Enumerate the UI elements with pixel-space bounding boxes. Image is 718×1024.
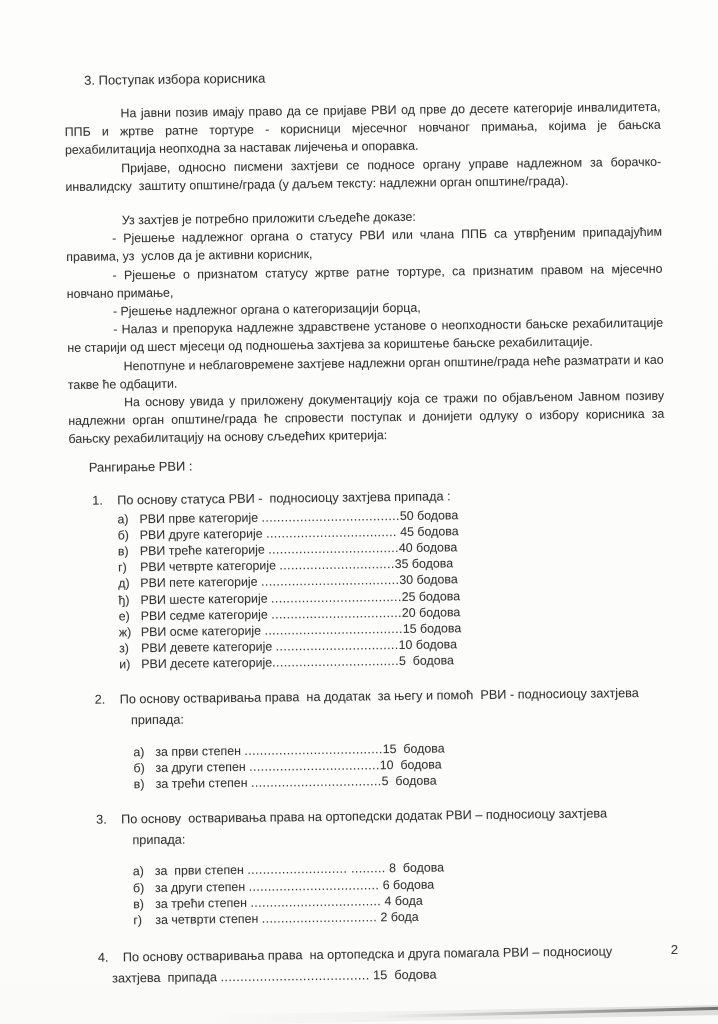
paragraph-eligibility: На јавни позив имају право да се пријаве… (64, 98, 661, 160)
points-value: 15 бодова (383, 741, 445, 756)
page-number: 2 (671, 942, 678, 957)
dot-leader: .............................. (279, 557, 394, 572)
item-text: РВИ треће категорије (140, 543, 269, 559)
dot-leader: .................................. (250, 894, 381, 910)
item-label: в) (134, 776, 156, 792)
item-label: е) (119, 608, 141, 624)
item-label: а) (133, 863, 155, 879)
section-heading: 3. Поступак избора корисника (84, 65, 660, 90)
item-text: РВИ десете категорије (141, 656, 272, 672)
item-text: за други степен (155, 879, 249, 894)
item-label: д) (118, 576, 140, 592)
ranking-label: Рангирање РВИ : (89, 451, 665, 476)
section-number: 4. (98, 947, 123, 968)
criteria-items: а)за први степен .......................… (133, 737, 669, 792)
item-text: за трећи степен (156, 776, 251, 791)
points-value: 40 бодова (399, 540, 458, 555)
dot-leader: .................................. (271, 590, 402, 606)
points-value: 35 бодова (395, 557, 454, 572)
points-value: 5 бодова (382, 774, 437, 789)
points-value: 10 бодова (380, 757, 442, 772)
points-value: 50 бодова (400, 508, 459, 523)
document-page: 3. Поступак избора корисника На јавни по… (0, 0, 718, 1024)
points-value: 15 бодова (370, 968, 437, 983)
criteria-section-3: 3.По основу остваривања права на ортопед… (96, 803, 670, 929)
item-text: захтјева припада (112, 970, 221, 985)
item-text: за трећи степен (155, 895, 250, 910)
dot-leader: .......................... ......... (247, 861, 386, 877)
dot-leader: .................................. (271, 606, 402, 622)
page-content: 3. Поступак избора корисника На јавни по… (64, 65, 671, 989)
criteria-section-1: 1.По основу статуса РВИ - подносиоцу зах… (92, 483, 667, 673)
criteria-items: а)РВИ прве категорије ..................… (117, 504, 667, 673)
paragraph-decision: На основу увида у приложену документациј… (68, 387, 665, 449)
section-title-text: По основу остваривања права на ортопедск… (121, 807, 607, 827)
item-text: за први степен (155, 863, 248, 878)
points-value: 2 бода (377, 910, 419, 925)
section-title-text: По основу остваривања права на ортопедск… (123, 944, 612, 964)
item-label: а) (133, 744, 155, 760)
section-title-text: По основу остваривања права на додатак з… (120, 686, 639, 706)
dot-leader: .................................. (249, 758, 380, 774)
points-value: 30 бодова (399, 573, 458, 588)
item-label: ђ) (118, 592, 140, 608)
criteria-section-2: 2.По основу остваривања права на додатак… (95, 682, 669, 793)
dot-leader: .................................... (244, 742, 383, 758)
dot-leader: .................................. (251, 774, 382, 790)
item-label: а) (117, 511, 139, 527)
item-label: б) (133, 879, 155, 895)
dot-leader: .................................. (268, 541, 399, 557)
dot-leader: .................................... (261, 573, 400, 589)
section-number: 3. (96, 810, 121, 831)
dot-leader: ................................. (272, 654, 399, 670)
item-text: за четврти степен (155, 912, 262, 927)
criteria-items: а)за први степен .......................… (133, 857, 671, 928)
item-label: ж) (119, 624, 141, 640)
points-value: 5 бодова (399, 654, 454, 669)
item-text: РВИ шесте категорије (140, 591, 271, 607)
points-value: 6 бодова (379, 877, 434, 892)
item-text: за први степен (155, 744, 244, 759)
points-value: 4 бода (381, 893, 423, 908)
item-label: г) (118, 559, 140, 575)
item-text: РВИ седме категорије (141, 607, 272, 623)
item-text: РВИ прве категорије (139, 510, 261, 525)
points-value: 15 бодова (403, 621, 462, 636)
points-value: 20 бодова (402, 605, 461, 620)
item-text: РВИ друге категорије (140, 526, 267, 542)
section-title-text: По основу статуса РВИ - подносиоцу захтј… (117, 489, 450, 507)
points-value: 25 бодова (402, 589, 461, 604)
item-label: в) (133, 896, 155, 912)
dot-leader: .................................... (264, 622, 403, 638)
item-text: РВИ девете категорије (141, 640, 276, 656)
item-text: РВИ четврте категорије (140, 559, 280, 575)
dot-leader: .................................... (261, 509, 400, 525)
paragraph-applications: Пријаве, односно писмени захтјеви се под… (65, 152, 661, 196)
dot-leader: ................................ (276, 638, 399, 654)
section-number: 1. (92, 490, 117, 511)
item-label: в) (118, 543, 140, 559)
points-value: 45 бодова (397, 524, 459, 539)
item-text: за други степен (155, 760, 249, 775)
dot-leader: .................................. (266, 525, 397, 541)
dot-leader: ...................................... (220, 968, 369, 984)
dot-leader: .............................. (262, 910, 377, 925)
item-label: б) (133, 760, 155, 776)
dot-leader: .................................. (248, 878, 379, 894)
criteria-section-4: 4.По основу остваривања права на ортопед… (98, 941, 671, 989)
item-text: РВИ пете категорије (140, 575, 261, 590)
item-label: з) (119, 640, 141, 656)
points-value: 10 бодова (398, 638, 457, 653)
item-label: б) (118, 527, 140, 543)
item-text: РВИ осме категорије (141, 624, 265, 640)
section-number: 2. (95, 689, 120, 710)
points-value: 8 бодова (386, 861, 445, 876)
item-label: г) (133, 912, 155, 928)
item-label: и) (119, 657, 141, 673)
